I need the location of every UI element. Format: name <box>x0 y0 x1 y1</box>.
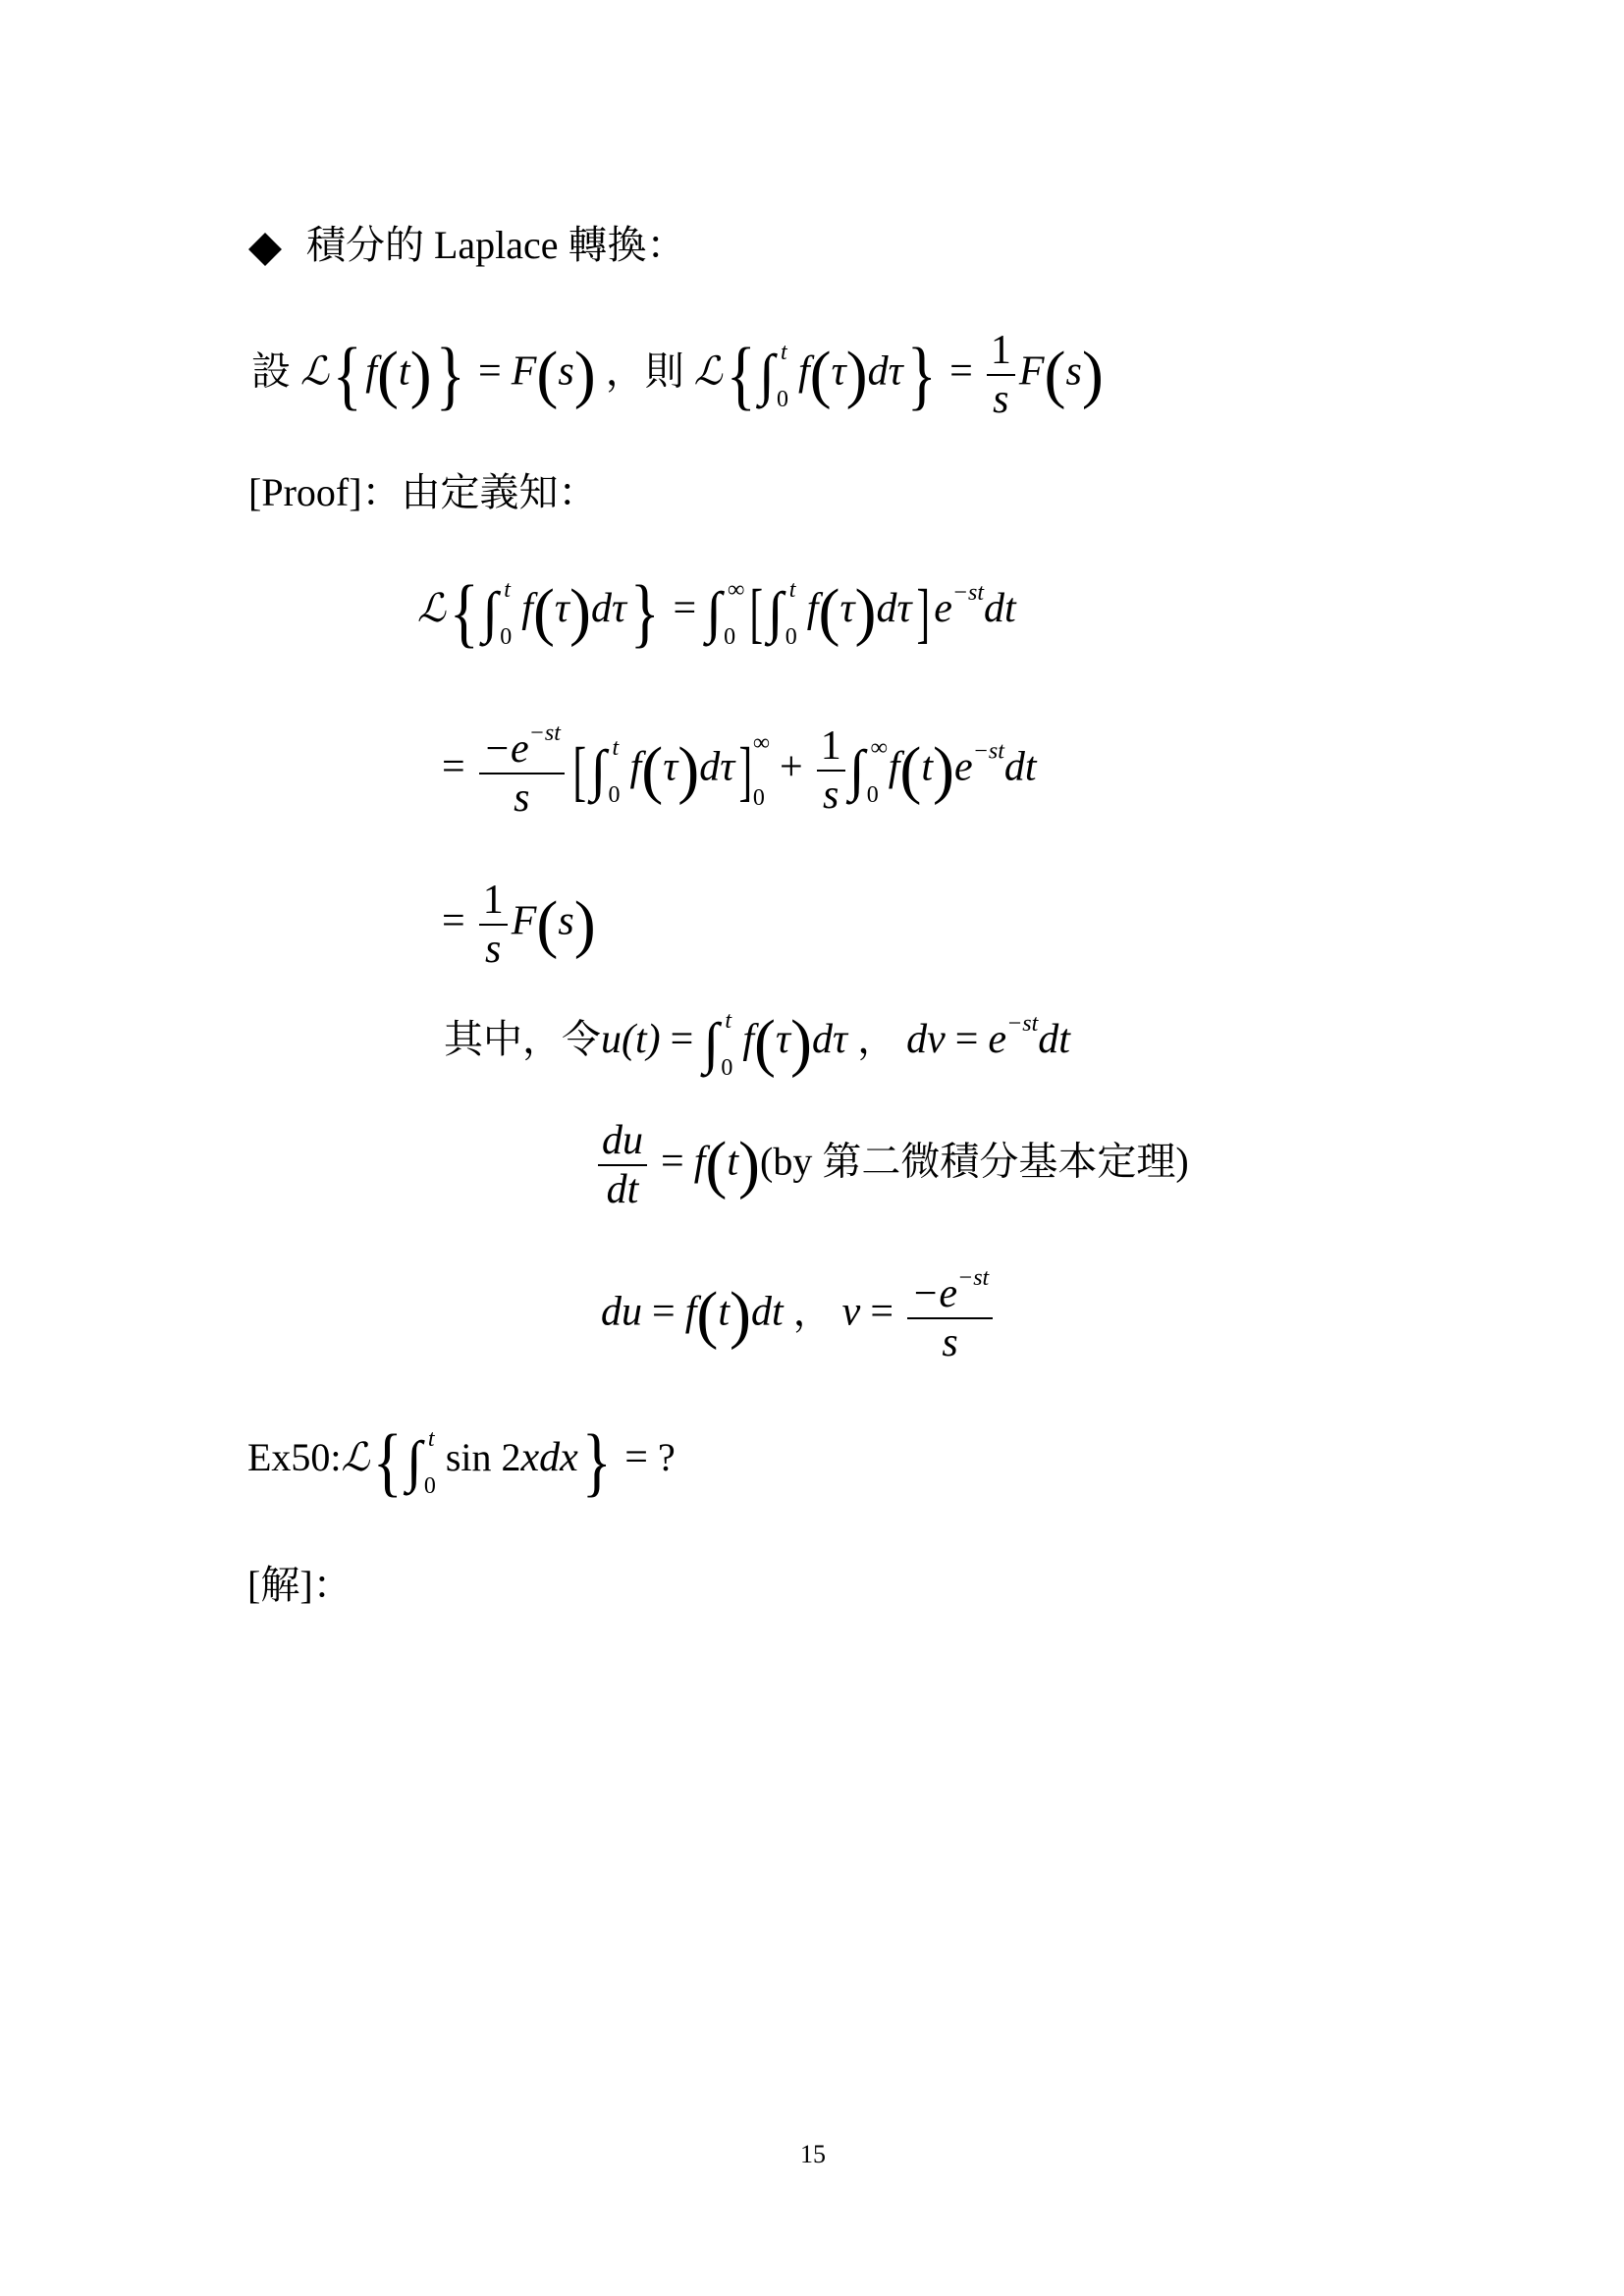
math-dtau: dτ <box>868 348 903 394</box>
math-s: s <box>558 348 573 394</box>
math-f: f <box>742 1017 754 1062</box>
page-number: 15 <box>800 2140 826 2169</box>
paren: ( <box>754 1007 776 1079</box>
bracket-open: [ <box>572 737 586 804</box>
math-du: du <box>601 1289 642 1334</box>
math-sin: sin 2 <box>446 1435 521 1479</box>
math-f: f <box>694 1139 706 1184</box>
du-v-line: du = f(t)dt ， v = −e−sts <box>601 1266 997 1364</box>
separator: ， <box>793 1289 833 1333</box>
math-v: v <box>842 1289 861 1334</box>
solution-label: [解]： <box>247 1566 352 1605</box>
paren: ( <box>536 339 558 410</box>
proof-label: [Proof] <box>248 470 362 514</box>
math-t: t <box>399 348 410 394</box>
brace-open: { <box>450 574 479 651</box>
paren: ( <box>818 576 839 648</box>
math-e: e <box>934 586 952 631</box>
brace-open: { <box>373 1423 403 1500</box>
equals: = <box>661 1139 684 1184</box>
laplace-symbol: ℒ <box>694 348 723 394</box>
equals: = <box>949 348 973 394</box>
math-tau: τ <box>776 1017 790 1062</box>
integral-sign: ∫t0 <box>759 347 788 403</box>
math-F: F <box>512 898 537 943</box>
proof-step-2: = −e−sts[∫t0 f(τ)dτ]∞0 + 1s∫∞0 f(t)e−std… <box>442 721 1037 820</box>
fraction-1-over-s: 1s <box>479 879 508 971</box>
proof-intro: ：由定義知： <box>362 470 598 514</box>
math-dt: dt <box>984 586 1016 631</box>
theorem-statement: 設 ℒ{f(t)} = F(s) ，則 ℒ{∫t0 f(τ)dτ} = 1sF(… <box>251 329 1104 421</box>
math-dt: dt <box>751 1289 784 1334</box>
equals: = <box>673 586 696 631</box>
diamond-bullet-icon <box>248 233 282 266</box>
brace-close: } <box>435 337 464 413</box>
laplace-symbol: ℒ <box>417 586 446 631</box>
paren: ) <box>410 339 432 410</box>
equals: = <box>955 1017 979 1062</box>
math-e: e <box>988 1017 1006 1062</box>
equals: = <box>442 898 465 943</box>
theorem-prefix: 設 <box>251 348 291 393</box>
math-f: f <box>798 348 810 394</box>
paren: ) <box>1082 339 1104 410</box>
math-t: t <box>921 744 933 789</box>
paren: ) <box>846 339 868 410</box>
brace-close: } <box>582 1423 612 1500</box>
integral-sign: ∫t0 <box>768 584 797 641</box>
equals: = <box>624 1435 648 1480</box>
integral-sign: ∫∞0 <box>849 742 879 799</box>
math-u: u(t) <box>601 1017 661 1062</box>
laplace-symbol: ℒ <box>342 1435 370 1480</box>
exponent: −st <box>952 580 984 606</box>
paren: ) <box>730 1279 751 1351</box>
math-t: t <box>727 1139 738 1184</box>
proof-label-line: [Proof]：由定義知： <box>248 473 598 512</box>
equals: = <box>442 744 465 789</box>
paren: ) <box>738 1129 760 1201</box>
math-dv: dv <box>906 1017 946 1062</box>
math-f: f <box>685 1289 697 1334</box>
math-tau: τ <box>663 744 677 789</box>
paren: ) <box>855 576 877 648</box>
fraction-neg-exp-over-s: −e−sts <box>907 1266 993 1364</box>
math-s: s <box>558 898 573 943</box>
brace-close: } <box>630 574 660 651</box>
fraction-1-over-s: 1s <box>987 329 1015 421</box>
math-tau: τ <box>832 348 846 394</box>
bracket-open: [ <box>750 579 764 646</box>
laplace-symbol: ℒ <box>300 348 329 394</box>
example-50: Ex50:ℒ{∫t0 sin 2xdx} = ? <box>247 1423 676 1500</box>
derivative-note: (by 第二微積分基本定理) <box>760 1139 1189 1183</box>
proof-step-3: = 1sF(s) <box>442 879 596 971</box>
substitution-line: 其中，令u(t) = ∫t0 f(τ)dτ ， dv = e−stdt <box>444 1011 1070 1076</box>
bracket-close: ] <box>739 737 753 804</box>
integral-sign: ∫t0 <box>406 1433 436 1490</box>
paren: ( <box>899 734 921 806</box>
math-f: f <box>365 348 377 394</box>
equals: = <box>671 1017 694 1062</box>
math-dt: dt <box>1038 1017 1070 1062</box>
paren: ( <box>377 339 399 410</box>
separator: ， <box>857 1017 896 1061</box>
math-dx: dx <box>539 1435 578 1480</box>
paren: ) <box>933 734 954 806</box>
math-dtau: dτ <box>699 744 734 789</box>
brace-open: { <box>726 337 755 413</box>
paren: ) <box>677 734 699 806</box>
paren: ) <box>574 339 596 410</box>
equals: = <box>478 348 502 394</box>
paren: ( <box>696 1279 718 1351</box>
math-tau: τ <box>839 586 854 631</box>
bracket-close: ] <box>916 579 930 646</box>
integral-sign: ∫t0 <box>591 742 621 799</box>
paren: ( <box>533 576 555 648</box>
fraction-neg-exp-over-s: −e−sts <box>479 721 565 820</box>
math-t: t <box>718 1289 730 1334</box>
integral-sign: ∫∞0 <box>706 584 735 641</box>
math-F: F <box>1019 348 1045 394</box>
evaluation-limits: ∞0 <box>753 731 770 810</box>
math-f: f <box>521 586 533 631</box>
math-s: s <box>1065 348 1081 394</box>
proof-step-1: ℒ{∫t0 f(τ)dτ} = ∫∞0 [∫t0 f(τ)dτ]e−stdt <box>417 574 1016 651</box>
math-dt: dt <box>1004 744 1037 789</box>
paren: ) <box>790 1007 812 1079</box>
paren: ( <box>705 1129 727 1201</box>
paren: ( <box>810 339 832 410</box>
math-tau: τ <box>555 586 569 631</box>
theorem-connector: ，則 <box>606 348 684 393</box>
equals: = <box>652 1289 676 1334</box>
math-dtau: dτ <box>876 586 911 631</box>
math-e: e <box>954 744 973 789</box>
integral-sign: ∫t0 <box>703 1015 732 1072</box>
integral-sign: ∫t0 <box>482 584 512 641</box>
equals: = <box>870 1289 893 1334</box>
section-heading: 積分的 Laplace 轉換： <box>253 226 686 265</box>
exponent: −st <box>973 738 1004 764</box>
question-mark: ? <box>658 1435 676 1479</box>
math-dtau: dτ <box>591 586 626 631</box>
math-f: f <box>889 744 900 789</box>
derivative-line: dudt = f(t)(by 第二微積分基本定理) <box>594 1119 1189 1211</box>
heading-text: 積分的 Laplace 轉換： <box>306 223 686 267</box>
plus: + <box>780 744 803 789</box>
math-x: x <box>521 1435 540 1480</box>
fraction-1-over-s: 1s <box>817 724 845 817</box>
where-prefix: 其中，令 <box>444 1017 601 1061</box>
paren: ( <box>641 734 663 806</box>
fraction-du-dt: dudt <box>598 1119 647 1211</box>
math-F: F <box>512 348 537 394</box>
exponent: −st <box>1006 1011 1038 1037</box>
math-f: f <box>807 586 819 631</box>
brace-close: } <box>906 337 936 413</box>
paren: ( <box>536 888 558 960</box>
paren: ( <box>1045 339 1066 410</box>
example-label: Ex50: <box>247 1435 342 1479</box>
math-dtau: dτ <box>812 1017 847 1062</box>
paren: ) <box>569 576 591 648</box>
paren: ) <box>574 888 596 960</box>
brace-open: { <box>333 337 362 413</box>
math-f: f <box>630 744 642 789</box>
